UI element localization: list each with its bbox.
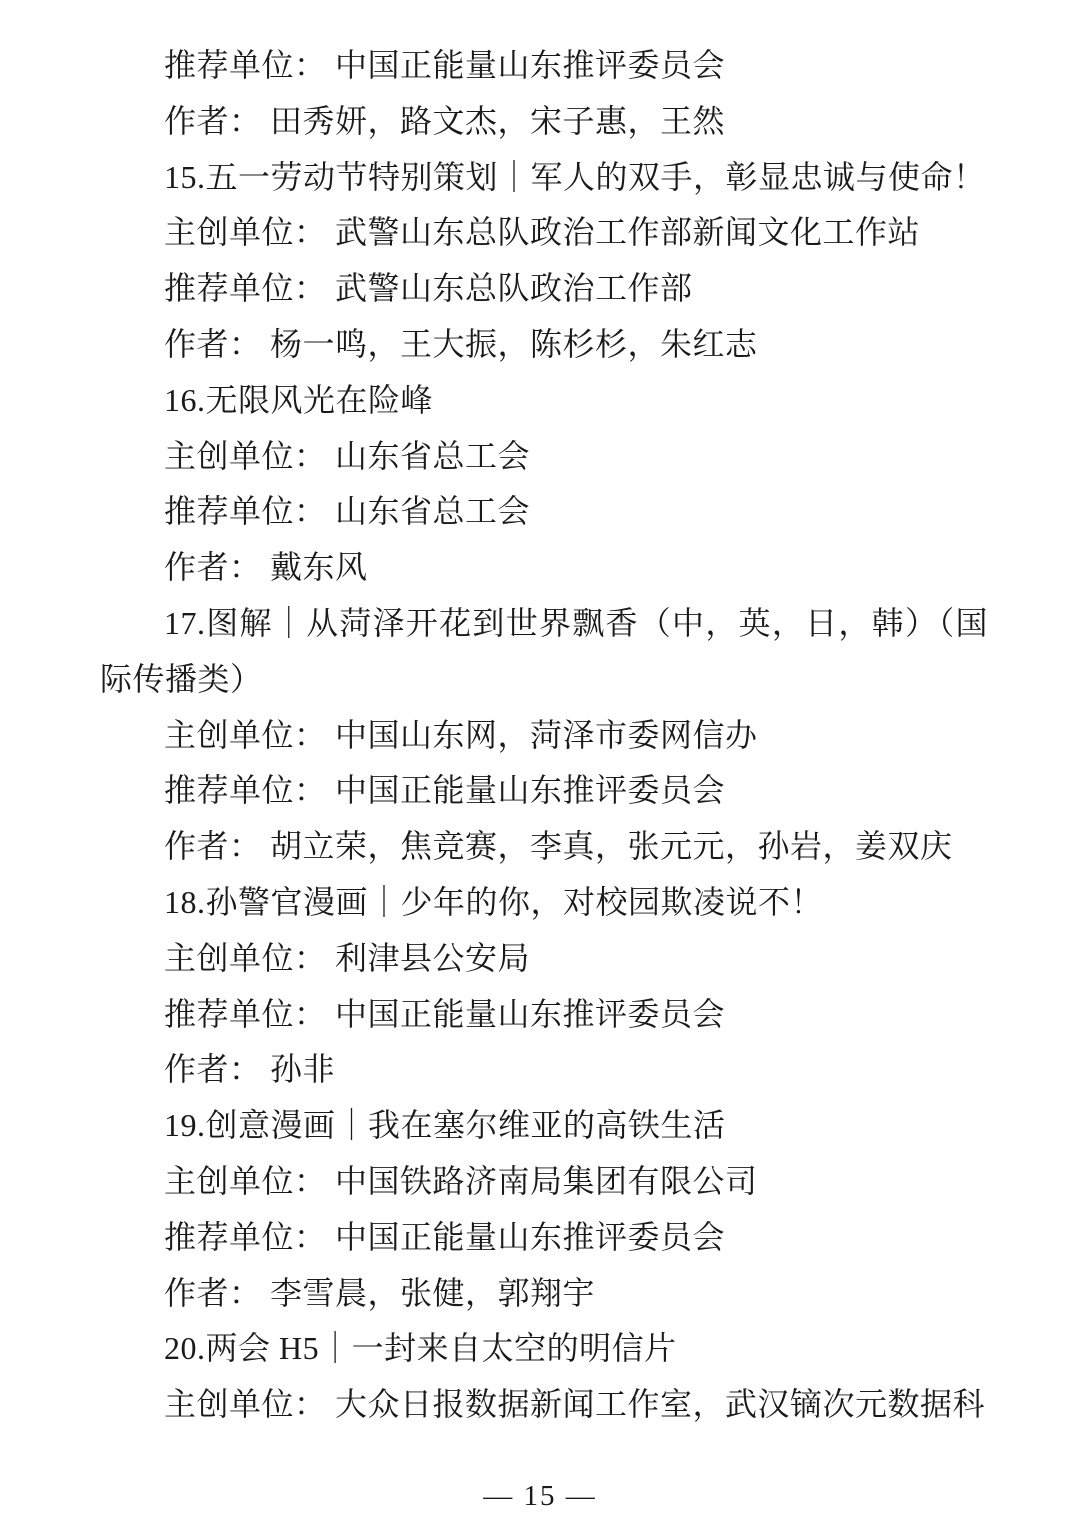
paragraph: 19.创意漫画｜我在塞尔维亚的高铁生活: [100, 1098, 988, 1154]
paragraph: 主创单位： 利津县公安局: [100, 931, 988, 987]
paragraph: 推荐单位： 中国正能量山东推评委员会: [100, 1210, 988, 1266]
paragraph: 18.孙警官漫画｜少年的你，对校园欺凌说不！: [100, 875, 988, 931]
paragraph: 16.无限风光在险峰: [100, 373, 988, 429]
paragraph: 推荐单位： 中国正能量山东推评委员会: [100, 987, 988, 1043]
paragraph: 推荐单位： 中国正能量山东推评委员会: [100, 763, 988, 819]
paragraph: 主创单位： 中国山东网，菏泽市委网信办: [100, 708, 988, 764]
paragraph: 推荐单位： 武警山东总队政治工作部: [100, 261, 988, 317]
paragraph: 推荐单位： 中国正能量山东推评委员会: [100, 38, 988, 94]
paragraph: 主创单位： 中国铁路济南局集团有限公司: [100, 1154, 988, 1210]
paragraph: 作者： 田秀妍，路文杰，宋子惠，王然: [100, 94, 988, 150]
document-body: 推荐单位： 中国正能量山东推评委员会作者： 田秀妍，路文杰，宋子惠，王然15.五…: [100, 38, 988, 1433]
paragraph: 作者： 胡立荣，焦竞赛，李真，张元元，孙岩，姜双庆: [100, 819, 988, 875]
paragraph: 17.图解｜从菏泽开花到世界飘香（中，英，日，韩）（国际传播类）: [100, 596, 988, 708]
paragraph: 推荐单位： 山东省总工会: [100, 484, 988, 540]
paragraph: 作者： 杨一鸣，王大振，陈杉杉，朱红志: [100, 317, 988, 373]
paragraph: 主创单位： 山东省总工会: [100, 429, 988, 485]
page-number: — 15 —: [0, 1480, 1080, 1513]
paragraph: 15.五一劳动节特别策划｜军人的双手，彰显忠诚与使命！: [100, 150, 988, 206]
paragraph: 作者： 孙非: [100, 1042, 988, 1098]
paragraph: 主创单位： 大众日报数据新闻工作室，武汉镝次元数据科: [100, 1377, 988, 1433]
paragraph: 作者： 戴东风: [100, 540, 988, 596]
document-page: 推荐单位： 中国正能量山东推评委员会作者： 田秀妍，路文杰，宋子惠，王然15.五…: [0, 0, 1080, 1536]
paragraph: 作者： 李雪晨，张健，郭翔宇: [100, 1266, 988, 1322]
paragraph: 20.两会 H5｜一封来自太空的明信片: [100, 1321, 988, 1377]
paragraph: 主创单位： 武警山东总队政治工作部新闻文化工作站: [100, 205, 988, 261]
